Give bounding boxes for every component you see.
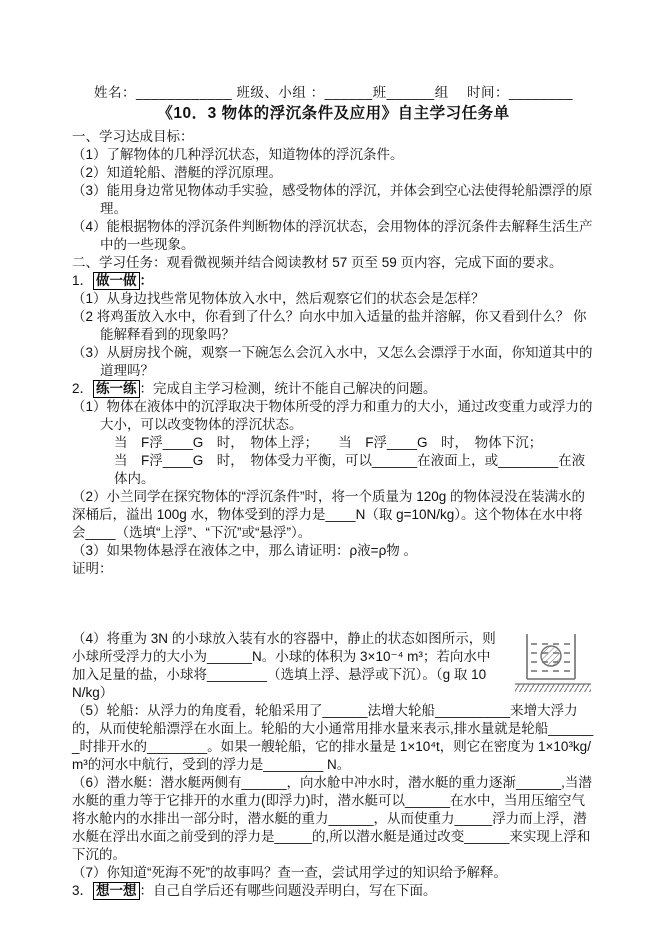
practice-item-1-condition-b: 当 F浮____G 时， 物体受力平衡，可以______在液面上，或______… <box>72 452 595 488</box>
goal-item-1: （1）了解物体的几种浮沉状态，知道物体的浮沉条件。 <box>72 146 595 164</box>
task-2-heading-rest: ：完成自主学习检测，统计不能自己解决的问题。 <box>140 381 437 396</box>
header-fill-line: 姓名：____________ 班级、小组 ：______班______组 时间… <box>94 84 595 102</box>
practice-item-3: （3）如果物体悬浮在液体之中，那么请证明：ρ液=ρ物 。 <box>72 542 595 560</box>
task-3-boxed-label: 想一想 <box>93 882 140 900</box>
practice-item-6: （6）潜水艇：潜水艇两侧有______，向水舱中冲水时，潜水艇的重力逐渐____… <box>72 774 595 864</box>
practice-item-1-condition-a: 当 F浮____G 时， 物体上浮； 当 F浮____G 时， 物体下沉； <box>72 434 595 452</box>
practice-item-4-block: （4）将重为 3N 的小球放入装有水的容器中，静止的状态如图所示，则小球所受浮力… <box>72 630 595 702</box>
practice-item-7: （7）你知道“死海不死”的故事吗？查一查，尝试用学过的知识给予解释。 <box>72 864 595 882</box>
suspended-ball <box>541 646 561 666</box>
proof-label: 证明： <box>72 560 595 578</box>
practice-item-5: （5）轮船：从浮力的角度看，轮船采用了______法增大轮船__________… <box>72 702 595 774</box>
task-2-number: 2． <box>72 381 93 396</box>
ball-in-water-figure <box>507 632 595 694</box>
task-1-boxed-label: 做一做 <box>93 272 140 290</box>
task-1-number: 1． <box>72 273 93 288</box>
practice-item-1: （1）物体在液体中的沉浮取决于物体所受的浮力和重力的大小，通过改变重力或浮力的大… <box>72 398 595 434</box>
task-3-heading-rest: ：自己自学后还有哪些问题没弄明白，写在下面。 <box>140 883 437 898</box>
task-1-heading-rest: ： <box>140 273 154 288</box>
practice-item-2: （2）小兰同学在探究物体的“浮沉条件”时，将一个质量为 120g 的物体浸没在装… <box>72 488 595 542</box>
page-title: 《10．3 物体的浮沉条件及应用》自主学习任务单 <box>72 105 595 123</box>
task-3-number: 3． <box>72 883 93 898</box>
do-item-2: （2 将鸡蛋放入水中，你看到了什么？向水中加入适量的盐并溶解，你又看到什么？ 你… <box>72 308 595 344</box>
section-1-heading: 一、学习达成目标： <box>72 128 595 146</box>
task-1-heading: 1．做一做： <box>72 272 595 290</box>
worksheet-page: 姓名：____________ 班级、小组 ：______班______组 时间… <box>0 0 661 935</box>
task-3-heading: 3．想一想：自己自学后还有哪些问题没弄明白，写在下面。 <box>72 882 595 900</box>
ground-hatching <box>515 684 591 692</box>
goal-item-4: （4）能根据物体的浮沉条件判断物体的浮沉状态，会用物体的浮沉条件去解释生活生产中… <box>72 218 595 254</box>
proof-writing-space <box>72 578 595 630</box>
task-2-boxed-label: 练一练 <box>93 380 140 398</box>
do-item-3: （3）从厨房找个碗，观察一下碗怎么会沉入水中，又怎么会漂浮于水面，你知道其中的道… <box>72 344 595 380</box>
task-2-heading: 2．练一练：完成自主学习检测，统计不能自己解决的问题。 <box>72 380 595 398</box>
section-2-heading: 二、学习任务：观看微视频并结合阅读教材 57 页至 59 页内容，完成下面的要求… <box>72 254 595 272</box>
worksheet-content: 姓名：____________ 班级、小组 ：______班______组 时间… <box>0 0 661 900</box>
goal-item-2: （2）知道轮船、潜艇的浮沉原理。 <box>72 164 595 182</box>
do-item-1: （1）从身边找些常见物体放入水中，然后观察它们的状态会是怎样？ <box>72 290 595 308</box>
goal-item-3: （3）能用身边常见物体动手实验，感受物体的浮沉，并体会到空心法使得轮船漂浮的原理… <box>72 182 595 218</box>
